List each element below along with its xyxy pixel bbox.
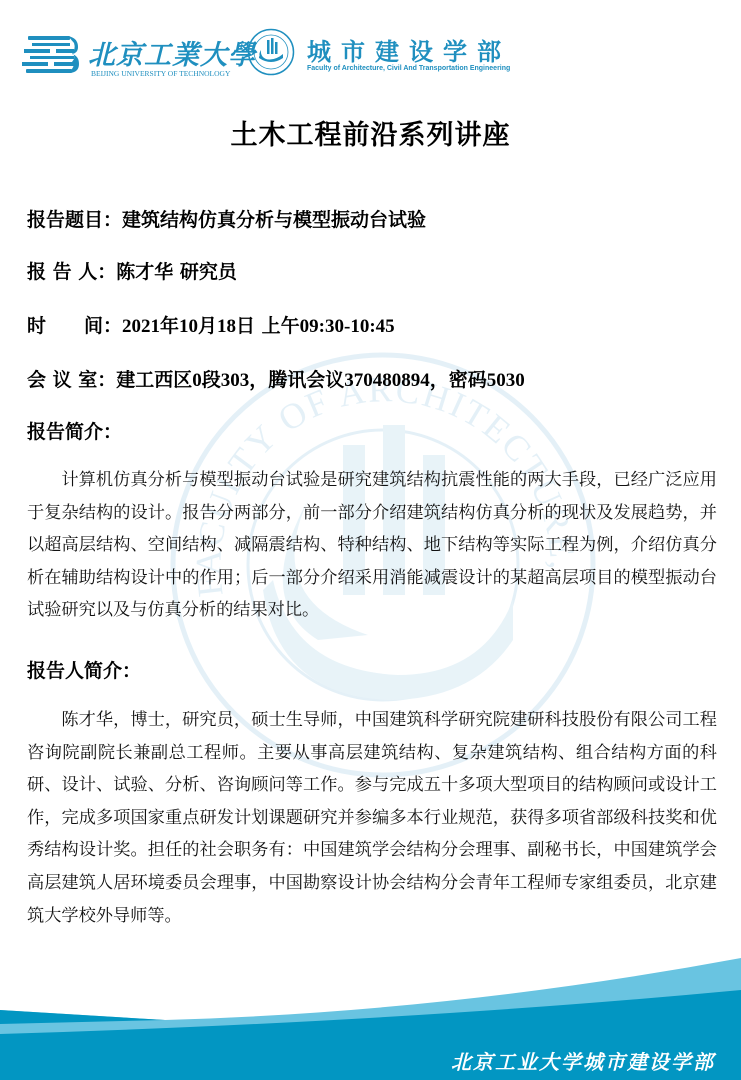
time-label: 时 间： (27, 311, 122, 338)
time-month-unit: 月 (198, 315, 217, 337)
time-year-unit: 年 (160, 315, 179, 337)
speaker-value: 陈才华 研究员 (116, 261, 237, 283)
topic-label: 报告题目： (27, 205, 122, 232)
topic-value: 建筑结构仿真分析与模型振动台试验 (122, 209, 426, 231)
time-year: 2021 (122, 316, 160, 337)
room-building: 建工西区 (116, 369, 192, 391)
password-value: 5030 (487, 370, 525, 391)
topic-row: 报告题目：建筑结构仿真分析与模型振动台试验 (27, 205, 426, 232)
room-number: 303 (221, 370, 250, 391)
room-section: 段 (202, 369, 221, 391)
room-num1: 0 (192, 370, 202, 391)
bio-text: 陈才华，博士，研究员，硕士生导师，中国建筑科学研究院建研科技股份有限公司工程咨询… (27, 704, 717, 932)
room-row: 会 议 室：建工西区0段303，腾讯会议370480894，密码5030 (27, 365, 525, 392)
bjut-emblem-icon (22, 35, 80, 75)
faculty-seal-icon (247, 28, 295, 76)
header: 北京工業大學 BEIJING UNIVERSITY OF TECHNOLOGY … (0, 0, 741, 100)
bio-heading: 报告人简介： (27, 656, 141, 683)
abstract-heading: 报告简介： (27, 417, 122, 444)
page-title: 土木工程前沿系列讲座 (0, 113, 741, 152)
tencent-meeting-id: 370480894 (344, 370, 430, 391)
tencent-meeting-label: ，腾讯会议 (249, 369, 344, 391)
time-month: 10 (179, 316, 198, 337)
university-name-en: BEIJING UNIVERSITY OF TECHNOLOGY (91, 69, 230, 78)
faculty-logo: 城市建设学部 Faculty of Architecture, Civil An… (247, 28, 497, 78)
time-row: 时 间：2021年10月18日 上午09:30-10:45 (27, 311, 395, 338)
university-name-cn: 北京工業大學 (88, 33, 256, 72)
room-label: 会 议 室： (27, 365, 116, 392)
password-label: ，密码 (430, 369, 487, 391)
abstract-text: 计算机仿真分析与模型振动台试验是研究建筑结构抗震性能的两大手段，已经广泛应用于复… (27, 464, 717, 627)
time-day: 18 (217, 316, 236, 337)
time-day-unit: 日 上午 (236, 315, 300, 337)
faculty-name-cn: 城市建设学部 (307, 32, 511, 67)
university-logo: 北京工業大學 BEIJING UNIVERSITY OF TECHNOLOGY (22, 33, 232, 81)
speaker-label: 报 告 人： (27, 257, 116, 284)
time-range: 09:30-10:45 (300, 316, 395, 337)
speaker-row: 报 告 人：陈才华 研究员 (27, 257, 237, 284)
footer-faculty-name: 北京工业大学城市建设学部 (451, 1046, 715, 1075)
faculty-name-en: Faculty of Architecture, Civil And Trans… (307, 65, 510, 72)
